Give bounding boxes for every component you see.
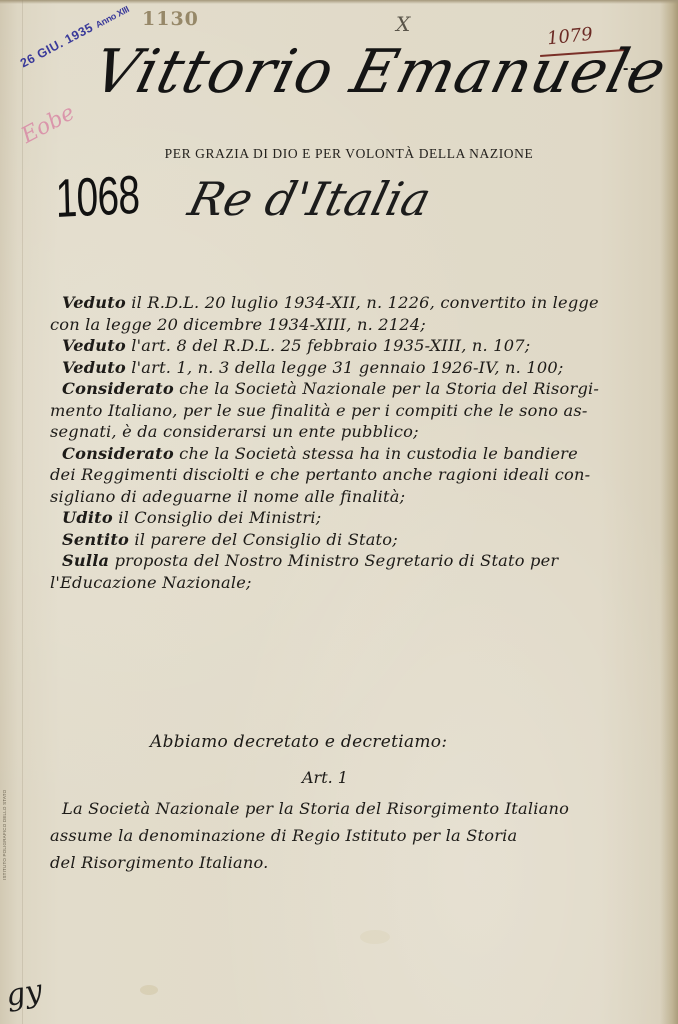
enacting-formula: Abbiamo decretato e decretiamo: — [150, 732, 447, 752]
stamp-era: Anno XIII — [94, 4, 131, 30]
preamble-line: Sulla proposta del Nostro Ministro Segre… — [50, 550, 670, 572]
preamble-line: dei Reggimenti disciolti e che pertanto … — [50, 464, 670, 486]
preamble-line: sigliano di adeguarne il nome alle final… — [50, 486, 670, 508]
king-name-heading: Vittorio Emanuele III — [88, 42, 663, 102]
paper-stain — [360, 930, 390, 944]
archive-number-stamp: 1130 — [142, 8, 199, 30]
preamble-line: Veduto l'art. 1, n. 3 della legge 31 gen… — [50, 357, 670, 379]
roman-numeral-mark: X — [396, 12, 410, 36]
stamp-date: 26 GIU. 1935 — [18, 20, 96, 70]
article-line: La Società Nazionale per la Storia del R… — [50, 795, 675, 822]
article-title: Art. 1 — [302, 768, 348, 787]
decree-page: 1130 26 GIU. 1935 Anno XIII X 1079 -- Eo… — [0, 0, 678, 1024]
preamble-line: mento Italiano, per le sue finalità e pe… — [50, 400, 670, 422]
preamble-line: Considerato che la Società stessa ha in … — [50, 443, 670, 465]
preamble-line: Veduto il R.D.L. 20 luglio 1934-XII, n. … — [50, 292, 670, 314]
preamble-line: Udito il Consiglio dei Ministri; — [50, 507, 670, 529]
paper-top-edge — [0, 0, 678, 4]
decree-number: 1068 — [55, 168, 140, 226]
preamble-line: Considerato che la Società Nazionale per… — [50, 378, 670, 400]
preamble-line: Sentito il parere del Consiglio di Stato… — [50, 529, 670, 551]
article-line: assume la denominazione di Regio Istitut… — [50, 822, 675, 849]
handwritten-initials: gy — [3, 973, 45, 1014]
article-body: La Società Nazionale per la Storia del R… — [50, 795, 675, 876]
preamble-line: segnati, è da considerarsi un ente pubbl… — [50, 421, 670, 443]
preamble-line: con la legge 20 dicembre 1934-XIII, n. 2… — [50, 314, 670, 336]
preamble-line: l'Educazione Nazionale; — [50, 572, 670, 594]
paper-stain — [140, 985, 158, 995]
article-line: del Risorgimento Italiano. — [50, 849, 675, 876]
king-title-heading: Re d'Italia — [184, 176, 435, 222]
preamble-line: Veduto l'art. 8 del R.D.L. 25 febbraio 1… — [50, 335, 670, 357]
pink-pencil-signature: Eobe — [17, 100, 79, 149]
royal-formula-subtitle: PER GRAZIA DI DIO E PER VOLONTÀ DELLA NA… — [0, 146, 678, 162]
printer-imprint: ISTITUTO POLIGRAFICO DELLO STATO — [2, 790, 7, 880]
preamble-text: Veduto il R.D.L. 20 luglio 1934-XII, n. … — [50, 292, 670, 593]
